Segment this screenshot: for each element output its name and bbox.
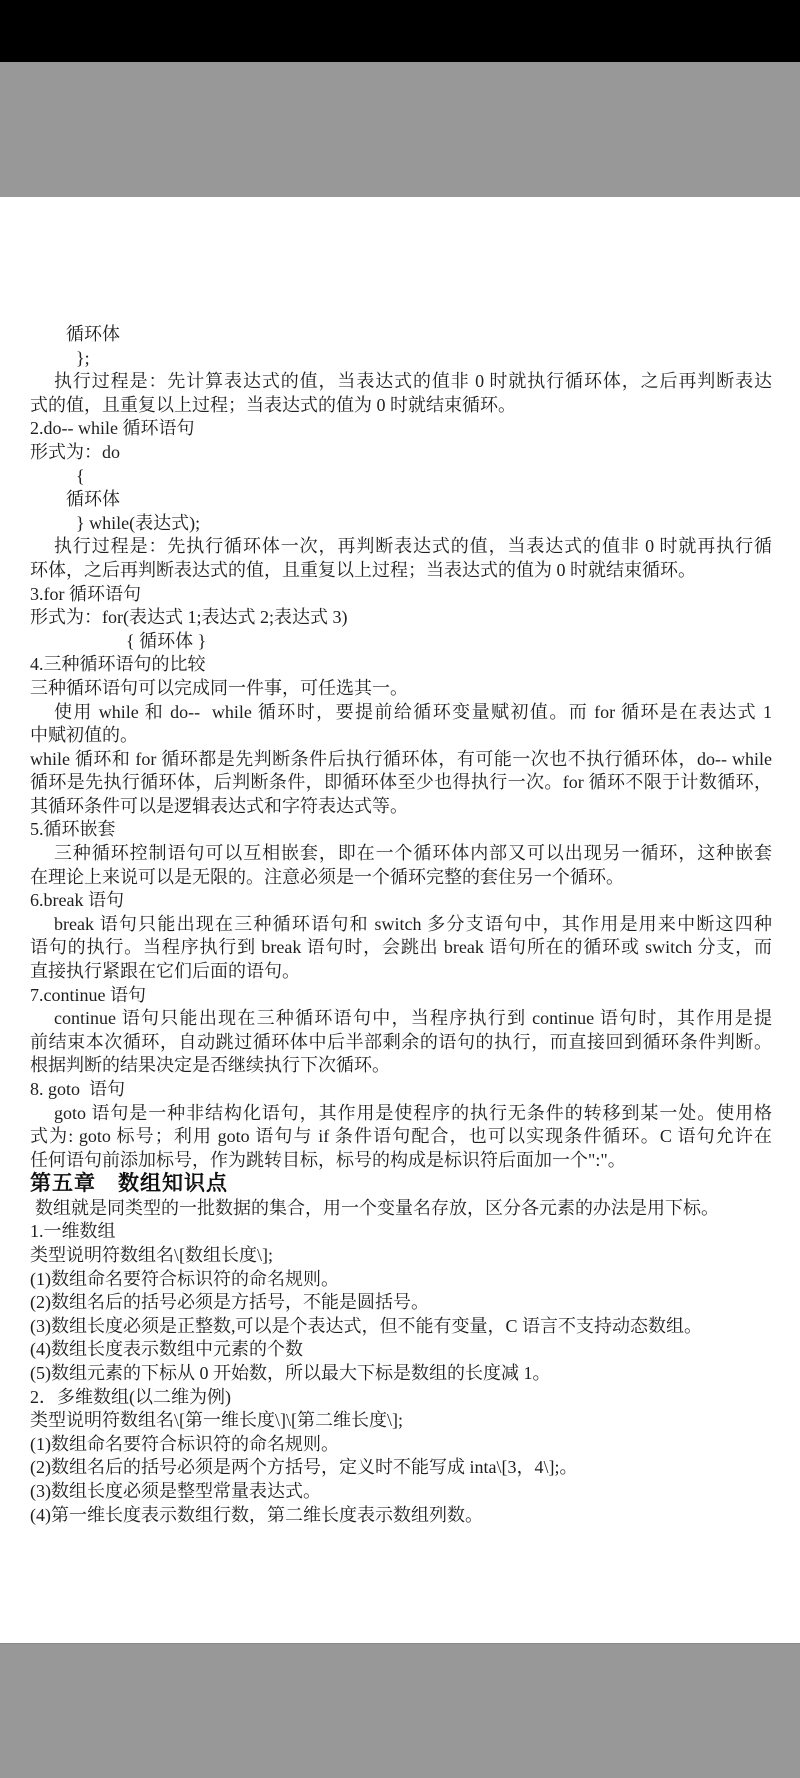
document-line: 8. goto 语句 [30, 1078, 772, 1102]
document-line: 执行过程是：先执行循环体一次，再判断表达式的值，当表达式的值非 0 时就再执行循 [30, 535, 772, 559]
document-line: 根据判断的结果决定是否继续执行下次循环。 [30, 1054, 772, 1078]
document-line: 2．多维数组(以二维为例) [30, 1386, 772, 1410]
document-line: (3)数组长度必须是正整数,可以是个表达式，但不能有变量，C 语言不支持动态数组… [30, 1315, 772, 1339]
document-line: 语句的执行。当程序执行到 break 语句时，会跳出 break 语句所在的循环… [30, 936, 772, 960]
document-line: (5)数组元素的下标从 0 开始数，所以最大下标是数组的长度减 1。 [30, 1362, 772, 1386]
document-line: { [30, 465, 772, 489]
viewer-background-top [0, 62, 800, 197]
document-line: goto 语句是一种非结构化语句，其作用是使程序的执行无条件的转移到某一处。使用… [30, 1102, 772, 1126]
document-line: (2)数组名后的括号必须是两个方括号，定义时不能写成 inta\[3，4\];。 [30, 1456, 772, 1480]
document-line: 2.do-- while 循环语句 [30, 417, 772, 441]
document-line: 6.break 语句 [30, 889, 772, 913]
document-line: 4.三种循环语句的比较 [30, 653, 772, 677]
document-line: 在理论上来说可以是无限的。注意必须是一个循环完整的套住另一个循环。 [30, 866, 772, 890]
screen-top-bar [0, 0, 800, 62]
document-line: } while(表达式); [30, 512, 772, 536]
document-line: while 循环和 for 循环都是先判断条件后执行循环体，有可能一次也不执行循… [30, 748, 772, 772]
document-line: 3.for 循环语句 [30, 583, 772, 607]
document-line: 形式为：for(表达式 1;表达式 2;表达式 3) [30, 606, 772, 630]
document-lines: 循环体};执行过程是：先计算表达式的值，当表达式的值非 0 时就执行循环体，之后… [30, 323, 772, 1527]
document-line: (1)数组命名要符合标识符的命名规则。 [30, 1268, 772, 1292]
document-line: 类型说明符数组名\[第一维长度\]\[第二维长度\]; [30, 1409, 772, 1433]
document-line: 循环是先执行循环体，后判断条件，即循环体至少也得执行一次。for 循环不限于计数… [30, 771, 772, 795]
document-line: 前结束本次循环，自动跳过循环体中后半部剩余的语句的执行，而直接回到循环条件判断。 [30, 1031, 772, 1055]
document-line: 5.循环嵌套 [30, 818, 772, 842]
document-line: continue 语句只能出现在三种循环语句中，当程序执行到 continue … [30, 1007, 772, 1031]
phone-screen: 循环体};执行过程是：先计算表达式的值，当表达式的值非 0 时就执行循环体，之后… [0, 0, 800, 1778]
document-line: 环体，之后再判断表达式的值，且重复以上过程；当表达式的值为 0 时就结束循环。 [30, 559, 772, 583]
document-line: }; [30, 347, 772, 371]
document-line: 7.continue 语句 [30, 984, 772, 1008]
document-line: 类型说明符数组名\[数组长度\]; [30, 1244, 772, 1268]
document-line: (3)数组长度必须是整型常量表达式。 [30, 1480, 772, 1504]
document-line: 式为: goto 标号；利用 goto 语句与 if 条件语句配合，也可以实现条… [30, 1125, 772, 1149]
document-line: 循环体 [30, 323, 772, 347]
document-line: (4)第一维长度表示数组行数，第二维长度表示数组列数。 [30, 1504, 772, 1528]
document-line: { 循环体 } [30, 630, 772, 654]
document-line: 形式为：do [30, 441, 772, 465]
document-line: 其循环条件可以是逻辑表达式和字符表达式等。 [30, 795, 772, 819]
document-line: 直接执行紧跟在它们后面的语句。 [30, 960, 772, 984]
document-line: 执行过程是：先计算表达式的值，当表达式的值非 0 时就执行循环体，之后再判断表达 [30, 370, 772, 394]
section-heading: 第五章 数组知识点 [30, 1172, 772, 1197]
document-line: 三种循环控制语句可以互相嵌套，即在一个循环体内部又可以出现另一循环，这种嵌套 [30, 842, 772, 866]
document-line: 任何语句前添加标号，作为跳转目标，标号的构成是标识符后面加一个":"。 [30, 1149, 772, 1173]
document-line: 使用 while 和 do-- while 循环时，要提前给循环变量赋初值。而 … [30, 701, 772, 725]
document-page[interactable]: 循环体};执行过程是：先计算表达式的值，当表达式的值非 0 时就执行循环体，之后… [0, 197, 800, 1643]
document-line: (1)数组命名要符合标识符的命名规则。 [30, 1433, 772, 1457]
document-line: (2)数组名后的括号必须是方括号，不能是圆括号。 [30, 1291, 772, 1315]
document-line: 三种循环语句可以完成同一件事，可任选其一。 [30, 677, 772, 701]
document-line: (4)数组长度表示数组中元素的个数 [30, 1338, 772, 1362]
document-line: 1.一维数组 [30, 1220, 772, 1244]
document-line: 循环体 [30, 488, 772, 512]
document-line: 式的值，且重复以上过程；当表达式的值为 0 时就结束循环。 [30, 394, 772, 418]
document-line: break 语句只能出现在三种循环语句和 switch 多分支语句中，其作用是用… [30, 913, 772, 937]
document-line: 中赋初值的。 [30, 724, 772, 748]
document-line: 数组就是同类型的一批数据的集合，用一个变量名存放，区分各元素的办法是用下标。 [30, 1197, 772, 1221]
viewer-background-bottom [0, 1643, 800, 1778]
